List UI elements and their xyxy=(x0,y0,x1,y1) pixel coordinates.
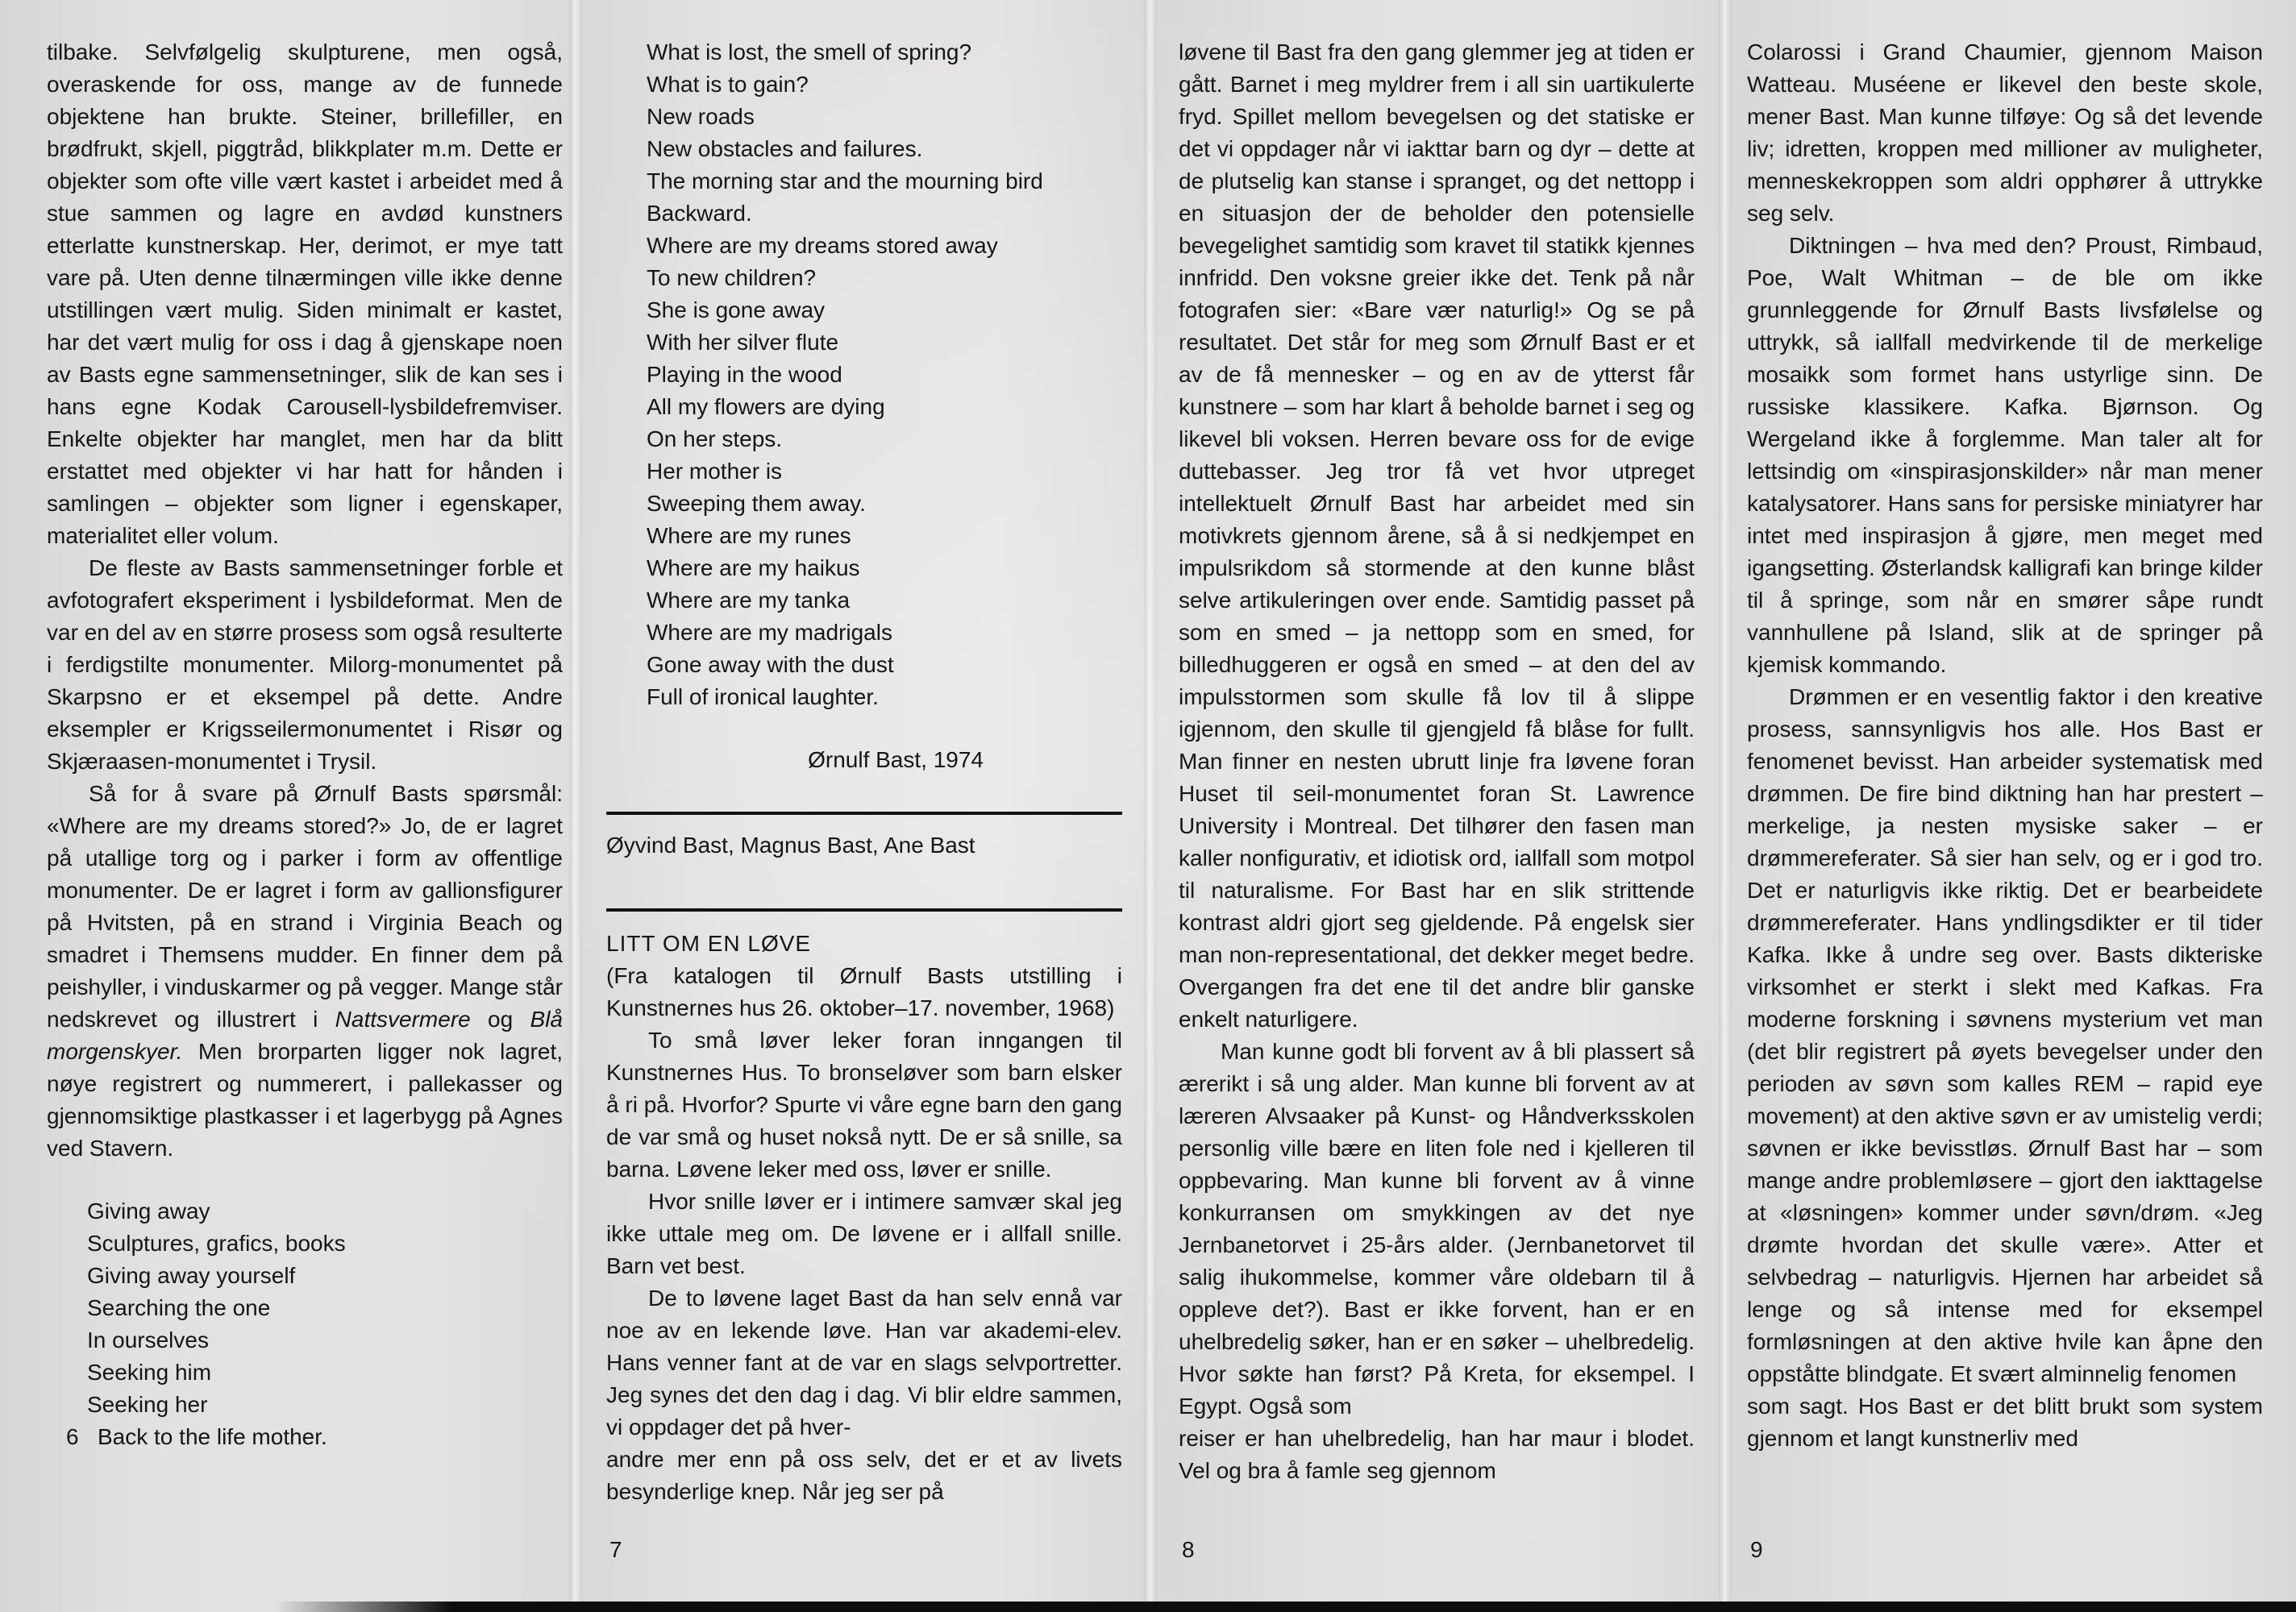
page-column-8: løvene til Bast fra den gang glemmer jeg… xyxy=(1179,36,1695,1580)
poem-line: Giving away yourself xyxy=(47,1260,563,1292)
byline: Øyvind Bast, Magnus Bast, Ane Bast xyxy=(606,829,1122,862)
page-number: 9 xyxy=(1750,1534,1763,1566)
poem-line: Gone away with the dust xyxy=(606,649,1122,681)
poem-line: What is lost, the smell of spring? xyxy=(606,36,1122,69)
paragraph: Diktningen – hva med den? Proust, Rimbau… xyxy=(1747,230,2263,681)
poem-block: Giving away Sculptures, grafics, books G… xyxy=(47,1195,563,1453)
paragraph: Så for å svare på Ørnulf Basts spørsmål:… xyxy=(47,778,563,1165)
poem-line: Where are my haikus xyxy=(606,552,1122,584)
page-column-9: Colarossi i Grand Chaumier, gjennom Mais… xyxy=(1747,36,2263,1580)
poem-line: Her mother is xyxy=(606,455,1122,488)
poem-line: Searching the one xyxy=(47,1292,563,1324)
poem-attribution: Ørnulf Bast, 1974 xyxy=(606,744,1122,776)
scanned-catalog-spread: tilbake. Selvfølgelig skulpturene, men o… xyxy=(0,0,2296,1612)
paragraph-tail: reiser er han uhelbredelig, han har maur… xyxy=(1179,1423,1695,1487)
poem-block: What is lost, the smell of spring? What … xyxy=(606,36,1122,713)
poem-line: The morning star and the mourning bird xyxy=(606,165,1122,197)
poem-line: Playing in the wood xyxy=(606,359,1122,391)
page-number: 8 xyxy=(1182,1534,1195,1566)
poem-line: Where are my dreams stored away xyxy=(606,230,1122,262)
paragraph: løvene til Bast fra den gang glemmer jeg… xyxy=(1179,36,1695,1036)
poem-line: Backward. xyxy=(606,197,1122,230)
page-fold-3 xyxy=(1719,0,1732,1612)
paragraph: To små løver leker foran inngangen til K… xyxy=(606,1024,1122,1186)
page-column-6: tilbake. Selvfølgelig skulpturene, men o… xyxy=(47,36,563,1580)
paragraph-text: Så for å svare på Ørnulf Basts spørsmål:… xyxy=(47,781,563,1032)
poem-line: 6 Back to the life mother. xyxy=(47,1421,563,1453)
section-rule xyxy=(606,812,1122,815)
scan-bottom-edge xyxy=(274,1602,2296,1612)
paragraph-tail: som sagt. Hos Bast er det blitt brukt so… xyxy=(1747,1390,2263,1455)
poem-line: What is to gain? xyxy=(606,69,1122,101)
poem-line: On her steps. xyxy=(606,423,1122,455)
section-heading: LITT OM EN LØVE xyxy=(606,928,1122,960)
paragraph: Man kunne godt bli forvent av å bli plas… xyxy=(1179,1036,1695,1423)
poem-line: Where are my runes xyxy=(606,520,1122,552)
poem-line: Full of ironical laughter. xyxy=(606,681,1122,713)
section-rule xyxy=(606,908,1122,912)
paragraph: Hvor snille løver er i intimere samvær s… xyxy=(606,1186,1122,1282)
poem-line: Giving away xyxy=(47,1195,563,1228)
poem-line: New obstacles and failures. xyxy=(606,133,1122,165)
catalog-note: (Fra katalogen til Ørnulf Basts utstilli… xyxy=(606,960,1122,1024)
page-number: 7 xyxy=(609,1534,622,1566)
poem-line: She is gone away xyxy=(606,294,1122,326)
poem-line: All my flowers are dying xyxy=(606,391,1122,423)
paragraph-text: og xyxy=(471,1007,530,1032)
poem-line: Sculptures, grafics, books xyxy=(47,1228,563,1260)
paragraph: tilbake. Selvfølgelig skulpturene, men o… xyxy=(47,36,563,552)
page-column-7: What is lost, the smell of spring? What … xyxy=(606,36,1122,1580)
poem-line: Seeking him xyxy=(47,1356,563,1389)
paragraph: Drømmen er en vesentlig faktor i den kre… xyxy=(1747,681,2263,1390)
book-title: Nattsvermere xyxy=(335,1007,471,1032)
page-number: 6 xyxy=(47,1421,98,1453)
poem-line: With her silver flute xyxy=(606,326,1122,359)
paragraph: Colarossi i Grand Chaumier, gjennom Mais… xyxy=(1747,36,2263,230)
page-fold-1 xyxy=(569,0,582,1612)
poem-line: Seeking her xyxy=(47,1389,563,1421)
page-fold-2 xyxy=(1144,0,1157,1612)
poem-line-text: Back to the life mother. xyxy=(98,1421,327,1453)
paragraph: De to løvene laget Bast da han selv ennå… xyxy=(606,1282,1122,1444)
poem-line: In ourselves xyxy=(47,1324,563,1356)
poem-line: Where are my tanka xyxy=(606,584,1122,617)
poem-line: Where are my madrigals xyxy=(606,617,1122,649)
poem-line: New roads xyxy=(606,101,1122,133)
poem-line: Sweeping them away. xyxy=(606,488,1122,520)
paragraph: De fleste av Basts sammensetninger forbl… xyxy=(47,552,563,778)
poem-line: To new children? xyxy=(606,262,1122,294)
paragraph-tail: andre mer enn på oss selv, det er et av … xyxy=(606,1444,1122,1508)
